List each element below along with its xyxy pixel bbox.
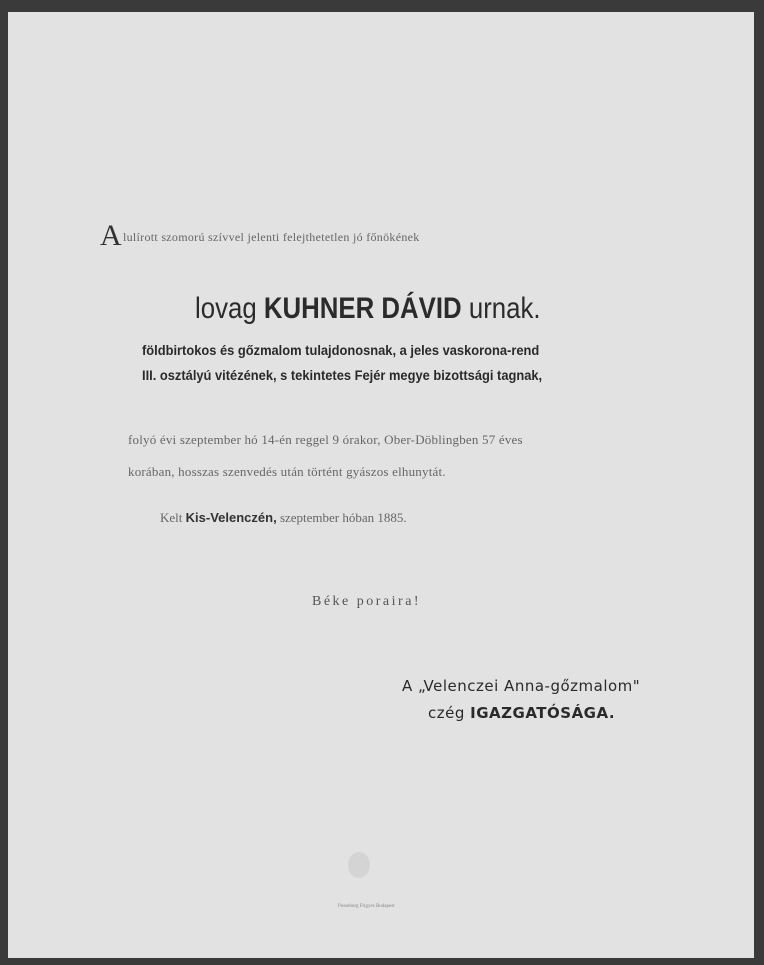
rest-in-peace: Béke poraira!	[312, 594, 421, 610]
printer-credit: Posseburg Frigyes Budapest	[338, 904, 395, 909]
deceased-name: KUHNER DÁVID	[264, 292, 462, 325]
intro-text: lulírott szomorú szívvel jelenti felejth…	[123, 230, 420, 244]
signature-line-1: A „Velenczei Anna-gőzmalom"	[402, 677, 640, 695]
dated-prefix: Kelt	[160, 510, 182, 525]
signature-line-2: czég IGAZGATÓSÁGA.	[428, 704, 615, 722]
name-prefix: lovag	[195, 292, 257, 325]
dated-place: Kis-Velenczén,	[186, 510, 277, 525]
dated-line: Kelt Kis-Velenczén, szeptember hóban 188…	[160, 510, 407, 526]
document-page: Alulírott szomorú szívvel jelenti felejt…	[8, 12, 754, 958]
drop-cap: A	[100, 219, 122, 252]
titles-line-2: III. osztályú vitézének, s tekintetes Fe…	[142, 367, 542, 383]
signature-board: IGAZGATÓSÁGA.	[470, 704, 615, 722]
titles-line-1: földbirtokos és gőzmalom tulajdonosnak, …	[142, 342, 539, 358]
signature-prefix: czég	[428, 704, 465, 722]
name-suffix: urnak.	[469, 292, 541, 325]
paper-stain	[348, 852, 370, 878]
deceased-name-line: lovag KUHNER DÁVID urnak.	[195, 292, 541, 326]
body-line-1: folyó évi szeptember hó 14-én reggel 9 ó…	[128, 432, 523, 448]
dated-suffix: szeptember hóban 1885.	[280, 510, 407, 525]
body-line-2: korában, hosszas szenvedés után történt …	[128, 464, 446, 480]
intro-line: Alulírott szomorú szívvel jelenti felejt…	[100, 219, 420, 253]
